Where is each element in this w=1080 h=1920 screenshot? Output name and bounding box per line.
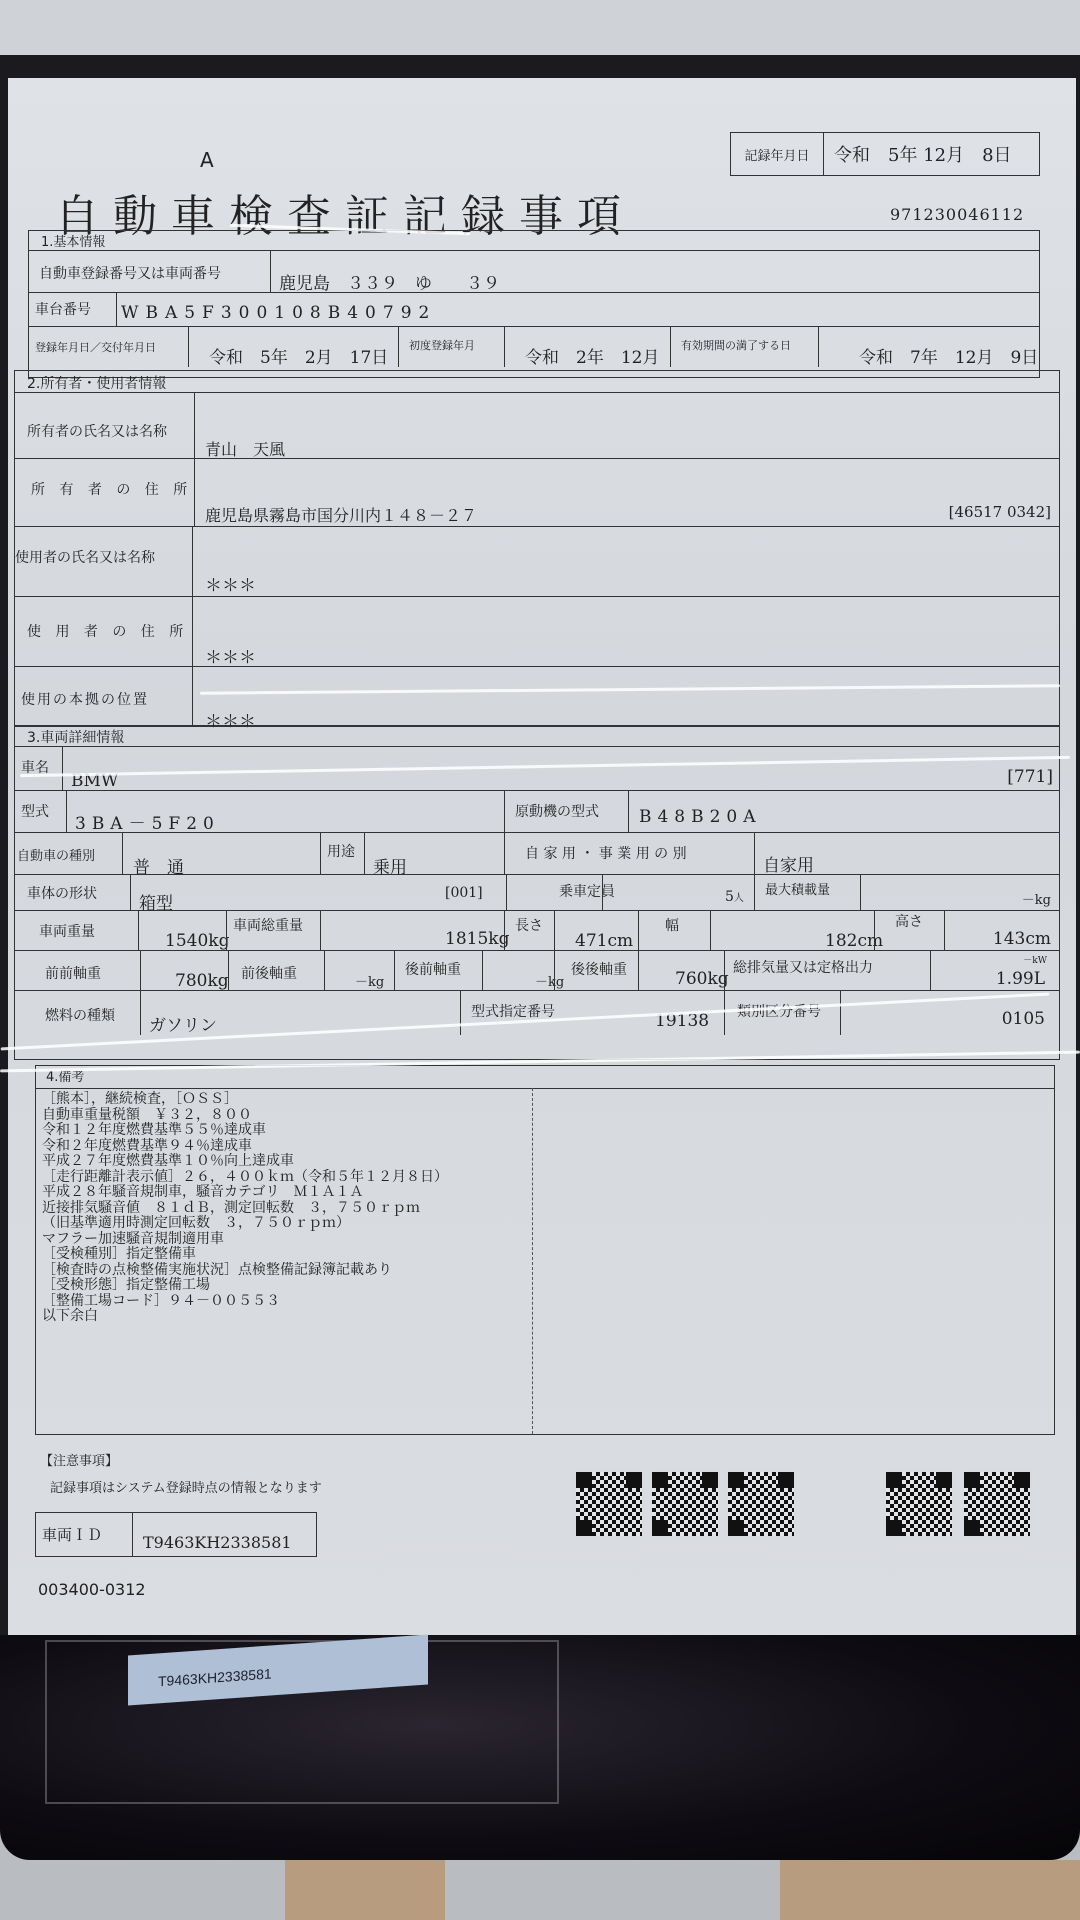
document-number: 971230046112 [890, 205, 1024, 224]
remark-line: ［検査時の点検整備実施状況］点検整備記録簿記載あり [42, 1263, 448, 1279]
qr-code-3 [726, 1470, 796, 1538]
car-name-code: [771] [1007, 767, 1053, 787]
qr-code-5 [962, 1470, 1032, 1538]
vehicle-id-label: 車両ＩＤ [36, 1513, 133, 1556]
section-basic-info: 1.基本情報 自動車登録番号又は車両番号 鹿児島 ３３９ ゆ ３９ 車台番号 W… [28, 230, 1040, 378]
remark-line: ［受検形態］指定整備工場 [42, 1278, 448, 1294]
engine-model: B48B20A [639, 807, 762, 827]
remark-line: （旧基準適用時測定回転数 ３，７５０ｒｐｍ） [42, 1216, 448, 1232]
remark-line: 平成２８年騒音規制車，騒音カテゴリ Ｍ１Ａ１Ａ [42, 1185, 448, 1201]
section-owner-user-info: 2.所有者・使用者情報 所有者の氏名又は名称 青山 天風 所 有 者 の 住 所… [14, 370, 1060, 726]
remark-line: マフラー加速騒音規制適用車 [42, 1232, 448, 1248]
section-1-heading: 1.基本情報 [41, 231, 105, 250]
remark-line: 自動車重量税額 ￥３２，８００ [42, 1108, 448, 1124]
base-location-label: 使用の本拠の位置 [21, 689, 149, 709]
section-2-heading: 2.所有者・使用者情報 [27, 373, 166, 393]
user-address-label: 使 用 者 の 住 所 [27, 621, 188, 641]
private-business: 自家用 [763, 851, 814, 876]
vehicle-id-value: T9463KH2338581 [133, 1513, 316, 1556]
remark-line: 平成２７年度燃費基準１０％向上達成車 [42, 1154, 448, 1170]
notes-body: 記録事項はシステム登録時点の情報となります [50, 1477, 322, 1496]
section-remarks: 4.備考 ［熊本］，継続検査，［ＯＳＳ］自動車重量税額 ￥３２，８００令和１２年… [35, 1065, 1055, 1435]
chassis-number: WBA5F300108B40792 [121, 303, 436, 323]
section-4-heading: 4.備考 [36, 1066, 1054, 1089]
notes-title: 【注意事項】 [40, 1450, 118, 1469]
owner-name-label: 所有者の氏名又は名称 [27, 421, 167, 441]
remarks-list: ［熊本］，継続検査，［ＯＳＳ］自動車重量税額 ￥３２，８００令和１２年度燃費基準… [42, 1092, 448, 1325]
qr-code-1 [574, 1470, 644, 1538]
height: 143cm [993, 929, 1051, 949]
section-3-heading: 3.車両詳細情報 [27, 727, 124, 747]
remark-line: ［熊本］，継続検査，［ＯＳＳ］ [42, 1092, 448, 1108]
owner-name: 青山 天風 [205, 437, 285, 460]
owner-address: 鹿児島県霧島市国分川内１４８－２７ [205, 503, 477, 526]
remark-line: 以下余白 [42, 1309, 448, 1325]
vehicle-id-box: 車両ＩＤ T9463KH2338581 [35, 1512, 317, 1557]
remark-line: ［走行距離計表示値］２６，４００ｋｍ（令和５年１２月８日） [42, 1170, 448, 1186]
user-name: ＊＊＊ [205, 571, 256, 596]
max-load: －kg [1022, 889, 1051, 908]
chassis-number-label: 車台番号 [35, 299, 91, 319]
displacement: 1.99L [996, 969, 1045, 989]
category: 0105 [1002, 1009, 1045, 1029]
record-date-value: 令和 5年 12月 8日 [824, 141, 1039, 167]
owner-address-label: 所 有 者 の 住 所 [31, 479, 192, 499]
registration-number-label: 自動車登録番号又は車両番号 [39, 263, 221, 283]
record-date-label: 記録年月日 [731, 133, 824, 175]
person-leg-right [780, 1860, 1080, 1920]
user-address: ＊＊＊ [205, 643, 256, 668]
user-name-label: 使用者の氏名又は名称 [15, 547, 155, 567]
qr-code-2 [650, 1470, 720, 1538]
footer-number: 003400-0312 [38, 1580, 146, 1599]
remarks-divider [532, 1088, 533, 1434]
displacement-kw: －kW [1023, 953, 1047, 966]
record-date-box: 記録年月日 令和 5年 12月 8日 [730, 132, 1040, 176]
owner-address-code: [46517 0342] [949, 503, 1051, 521]
remark-line: ［受検種別］指定整備車 [42, 1247, 448, 1263]
remark-line: 近接排気騒音値 ８１ｄＢ，測定回転数 ３，７５０ｒｐｍ [42, 1201, 448, 1217]
expiry-date: 令和 7年 12月 9日 [859, 343, 1038, 368]
registration-number: 鹿児島 ３３９ ゆ ３９ [279, 269, 500, 294]
qr-code-4 [884, 1470, 954, 1538]
section-vehicle-details: 3.車両詳細情報 車名 BMW [771] 型式 3BA－5F20 原動機の型式… [14, 726, 1060, 1060]
person-leg-left [285, 1860, 445, 1920]
remark-line: 令和１２年度燃費基準５５％達成車 [42, 1123, 448, 1139]
remark-line: 令和２年度燃費基準９４％達成車 [42, 1139, 448, 1155]
document-mark: A [200, 148, 214, 172]
remark-line: ［整備工場コード］９４－００５５３ [42, 1294, 448, 1310]
